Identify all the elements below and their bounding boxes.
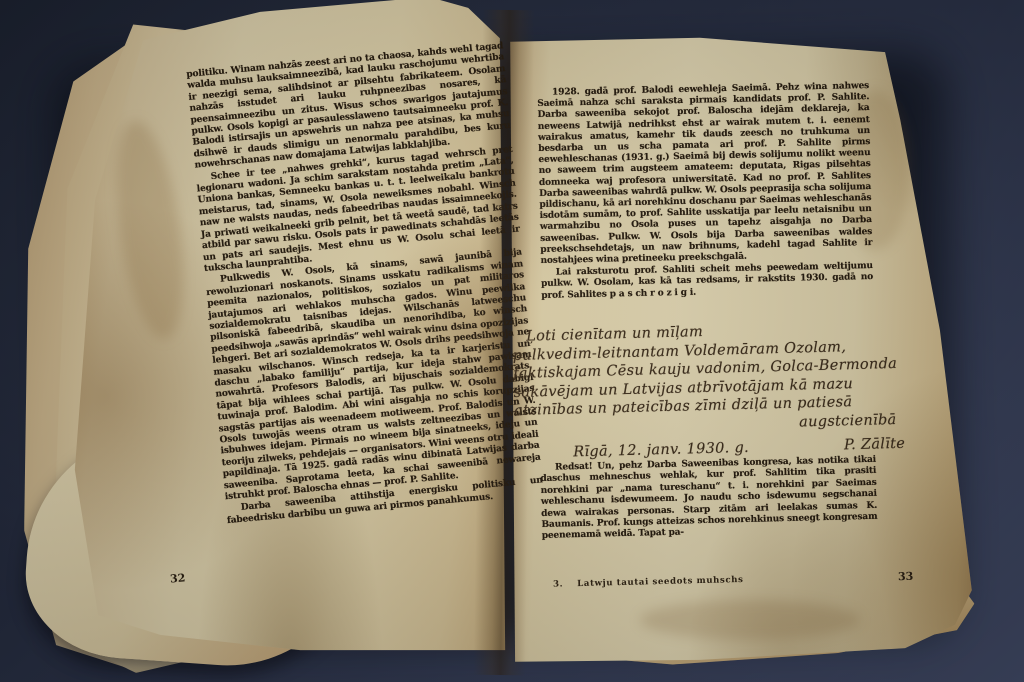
page-number-right: 33 xyxy=(898,570,914,584)
book-photo-scene: politiku. Winam nahzās zeest ari no ta c… xyxy=(0,0,1024,682)
paragraph: Lai raksturotu prof. Sahliti scheit mehs… xyxy=(541,261,874,302)
footer-number: 3. xyxy=(553,579,563,589)
left-page-text: politiku. Winam nahzās zeest ari no ta c… xyxy=(186,41,544,528)
paragraph: 1928. gadā prof. Balodi eewehleja Saeimā… xyxy=(537,81,873,267)
paragraph: Redsat! Un, pehz Darba Saweenibas kongre… xyxy=(540,455,878,543)
paragraph: Pulkwedis W. Osols, kā sinams, sawā jaun… xyxy=(205,248,542,504)
handwritten-dedication: Ļoti cienītam un mīļam pulkvedim-leitnan… xyxy=(512,317,935,463)
paper-stain xyxy=(640,600,860,640)
right-page-text-lower: Redsat! Un, pehz Darba Saweenibas kongre… xyxy=(540,455,878,543)
page-number-left: 32 xyxy=(169,571,185,585)
dedication-signature: P. Zālīte xyxy=(844,435,906,455)
right-page-text-upper: 1928. gadā prof. Balodi eewehleja Saeimā… xyxy=(537,81,873,303)
